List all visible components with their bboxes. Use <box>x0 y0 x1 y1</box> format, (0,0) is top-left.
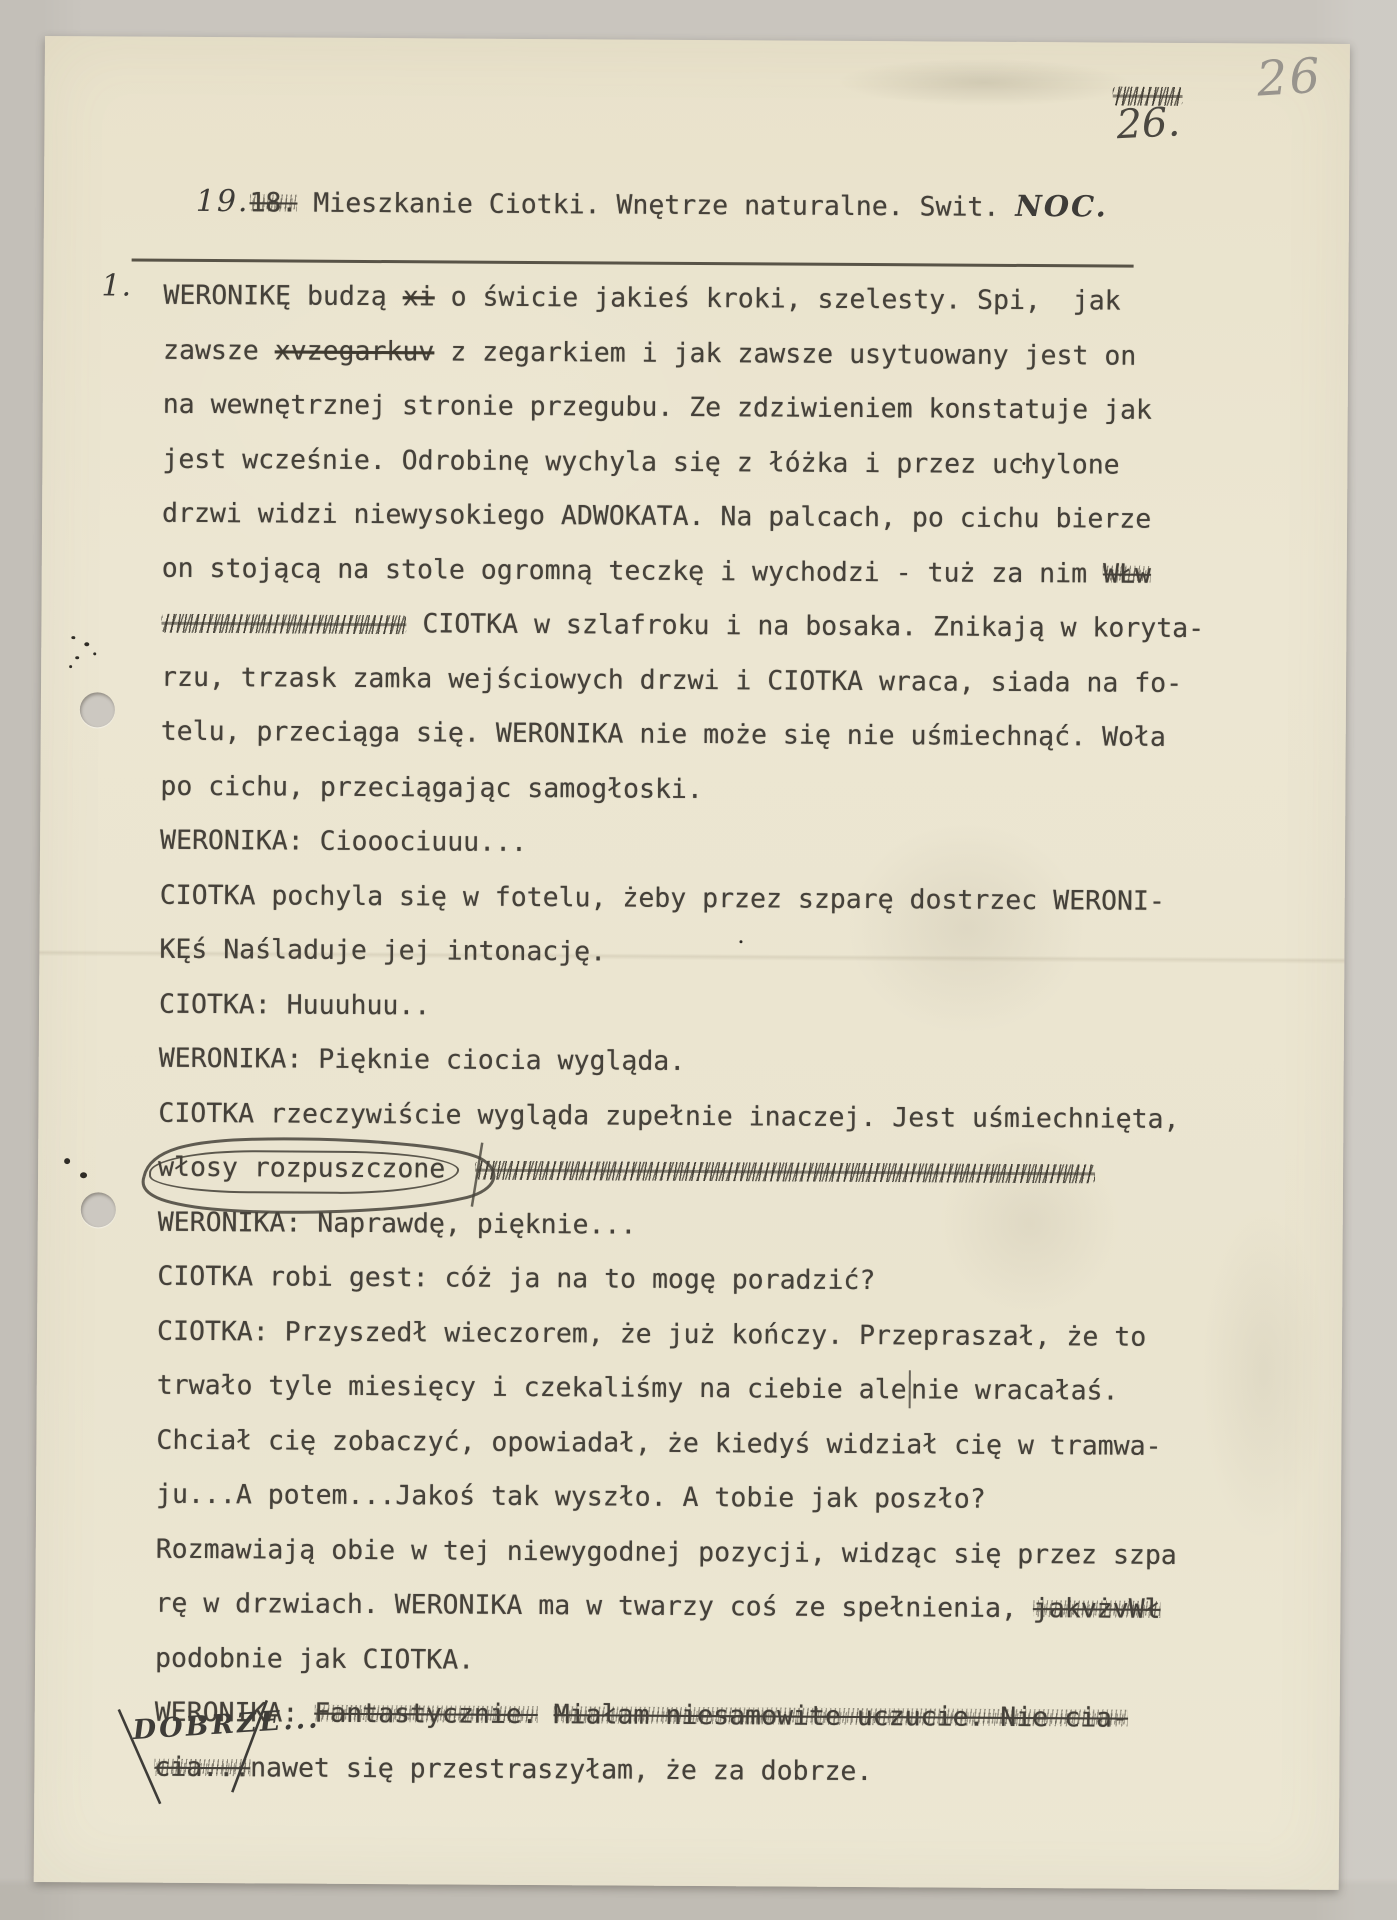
text-segment: z zegarkiem i jak zawsze usytuowany jest… <box>434 336 1136 371</box>
script-line: trwało tyle miesięcy i czekaliśmy na cie… <box>157 1359 1267 1420</box>
script-lines: WERONIKĘ budzą xi o świcie jakieś kroki,… <box>154 269 1273 1802</box>
text-segment: Fantastycznie. <box>314 1698 538 1730</box>
circle-annotation <box>130 1133 531 1219</box>
script-line: rę w drzwiach. WERONIKA ma w twarzy coś … <box>155 1577 1265 1638</box>
text-segment: na wewnętrznej stronie przegubu. Ze zdzi… <box>163 389 1152 426</box>
scene-number-handwritten: 19. <box>196 184 250 219</box>
text-segment: nie wracałaś. <box>911 1374 1119 1406</box>
scribble-redaction <box>161 614 406 634</box>
text-segment: CIOTKA: Przyszedł wieczorem, że już końc… <box>157 1315 1146 1352</box>
text-segment: xvzegarkuv <box>275 335 435 367</box>
text-segment: drzwi widzi niewysokiego ADWOKATA. Na pa… <box>162 498 1151 535</box>
text-segment <box>538 1699 554 1730</box>
text-segment: CIOTKA rzeczywiście wygląda zupełnie ina… <box>158 1097 1179 1134</box>
ink-specks <box>45 36 1350 44</box>
text-segment: CIOTKA w szlafroku i na bosaka. Znikają … <box>406 608 1204 644</box>
text-segment: po cichu, przeciągając samogłoski. <box>160 770 703 804</box>
scene-heading-title: Mieszkanie Ciotki. Wnętrze naturalne. Sw… <box>297 188 1015 223</box>
script-line: CIOTKA: Przyszedł wieczorem, że już końc… <box>157 1304 1267 1365</box>
script-line: CIOTKA pochyla się w fotelu, żeby przez … <box>160 868 1270 929</box>
script-line: cia...nawet się przestraszyłam, że za do… <box>154 1740 1264 1801</box>
text-segment: WŁw <box>1103 558 1151 589</box>
script-line: drzwi widzi niewysokiego ADWOKATA. Na pa… <box>162 487 1272 548</box>
text-segment: jest wcześnie. Odrobinę wychyla się z łó… <box>162 443 1119 480</box>
paragraph-number: 1. <box>101 268 132 303</box>
text-segment: CIOTKA robi gest: cóż ja na to mogę pora… <box>157 1261 875 1296</box>
script-line: WERONIKA: Fantastycznie. Miałam niesamow… <box>155 1686 1265 1747</box>
scene-heading: 19.18. Mieszkanie Ciotki. Wnętrze natura… <box>132 153 1134 268</box>
text-segment: Miałam niesamowite uczucie. Nie cia- <box>554 1699 1129 1734</box>
script-line: jest wcześnie. Odrobinę wychyla się z łó… <box>162 432 1272 493</box>
script-line: rzu, trzask zamka wejściowych drzwi i CI… <box>161 650 1271 711</box>
ink-page-number: 26. <box>1115 99 1181 148</box>
text-segment: rzu, trzask zamka wejściowych drzwi i CI… <box>161 661 1182 698</box>
text-segment: WERONIKA: Pięknie ciocia wygląda. <box>159 1043 686 1077</box>
text-segment: WERONIKĘ budzą <box>163 280 403 312</box>
text-segment: Chciał cię zobaczyć, opowiadał, że kiedy… <box>156 1424 1161 1461</box>
script-line: CIOTKA robi gest: cóż ja na to mogę pora… <box>157 1250 1267 1311</box>
scanned-screenplay-page: { "page": { "pencil_number": "26", "ink_… <box>0 0 1397 1920</box>
text-segment: CIOTKA pochyla się w fotelu, żeby przez … <box>160 879 1165 916</box>
text-segment: Rozmawiają obie w tej niewygodnej pozycj… <box>156 1533 1177 1570</box>
text-segment: trwało tyle miesięcy i czekaliśmy na cie… <box>157 1370 907 1406</box>
text-segment: telu, przeciąga się. WERONIKA nie może s… <box>161 716 1166 753</box>
script-line: Rozmawiają obie w tej niewygodnej pozycj… <box>156 1522 1266 1583</box>
text-segment: xi <box>403 281 435 312</box>
pencil-page-number: 26 <box>1255 48 1324 108</box>
script-line: podobnie jak CIOTKA. <box>155 1631 1265 1692</box>
paper-sheet: 26 26. 19.18. Mieszkanie Ciotki. Wnętrze… <box>34 36 1350 1890</box>
script-line: CIOTKA w szlafroku i na bosaka. Znikają … <box>161 596 1271 657</box>
text-segment: on stojącą na stole ogromną teczkę i wyc… <box>162 552 1103 589</box>
text-segment: o świcie jakieś kroki, szelesty. Spi, ja… <box>435 281 1121 316</box>
script-line: WERONIKĘ budzą xi o świcie jakieś kroki,… <box>163 269 1273 330</box>
script-line: CIOTKA: Huuuhuu.. <box>159 977 1269 1038</box>
script-line: na wewnętrznej stronie przegubu. Ze zdzi… <box>163 378 1273 439</box>
script-line: Chciał cię zobaczyć, opowiadał, że kiedy… <box>156 1413 1266 1474</box>
text-segment: WERONIKA: Ciooociuuu... <box>160 825 527 858</box>
text-segment: podobnie jak CIOTKA. <box>155 1642 474 1675</box>
script-line: WERONIKA: Pięknie ciocia wygląda. <box>159 1032 1269 1093</box>
script-line: on stojącą na stole ogromną teczkę i wyc… <box>162 541 1272 602</box>
punch-hole-top <box>80 692 115 727</box>
text-segment: CIOTKA: Huuuhuu.. <box>159 988 430 1021</box>
text-segment: KĘś Naśladuje jej intonację. <box>159 934 606 968</box>
punch-hole-bottom <box>81 1192 116 1227</box>
text-segment: ju...A potem...Jakoś tak wyszło. A tobie… <box>156 1479 986 1515</box>
text-segment: zawsze <box>163 334 275 366</box>
scene-time-handwritten: NOC. <box>1015 189 1108 224</box>
script-line: KĘś Naśladuje jej intonację. <box>159 923 1269 984</box>
script-line: zawsze xvzegarkuv z zegarkiem i jak zaws… <box>163 323 1273 384</box>
script-line: telu, przeciąga się. WERONIKA nie może s… <box>161 705 1271 766</box>
script-line: ju...A potem...Jakoś tak wyszło. A tobie… <box>156 1468 1266 1529</box>
text-segment: jakvżvWł <box>1033 1593 1161 1625</box>
text-segment: nawet się przestraszyłam, że za dobrze. <box>250 1752 872 1787</box>
script-line: po cichu, przeciągając samogłoski. <box>160 759 1270 820</box>
scribble-redaction <box>475 1161 1095 1184</box>
text-segment: rę w drzwiach. WERONIKA ma w twarzy coś … <box>155 1588 1033 1624</box>
script-line: WERONIKA: Ciooociuuu... <box>160 814 1270 875</box>
scene-number-typed-struck: 18. <box>249 187 297 218</box>
